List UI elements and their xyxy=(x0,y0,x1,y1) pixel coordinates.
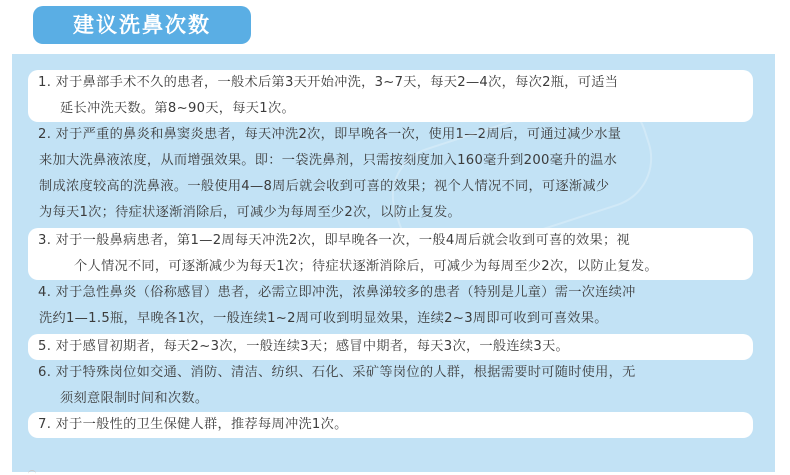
list-item-6: 6. 对于特殊岗位如交通、消防、清洁、纺织、石化、采矿等岗位的人群，根据需要时可… xyxy=(28,360,753,412)
item-2-line-3: 制成浓度较高的洗鼻液。一般使用4—8周后就会收到可喜的效果；视个人情况不同，可逐… xyxy=(38,174,753,200)
list-item-1: 1. 对于鼻部手术不久的患者，一般术后第3天开始冲洗，3~7天，每天2—4次，每… xyxy=(28,70,753,122)
list-item-5: 5. 对于感冒初期者，每天2~3次，一般连续3天；感冒中期者，每天3次，一般连续… xyxy=(28,334,753,360)
list-item-2: 2. 对于严重的鼻炎和鼻窦炎患者，每天冲洗2次，即早晚各一次，使用1—2周后，可… xyxy=(28,122,753,226)
list-item-7: 7. 对于一般性的卫生保健人群，推荐每周冲洗1次。 xyxy=(28,412,753,438)
item-4-line-1: 4. 对于急性鼻炎（俗称感冒）患者，必需立即冲洗，浓鼻涕较多的患者（特别是儿童）… xyxy=(38,280,753,306)
item-6-line-1: 6. 对于特殊岗位如交通、消防、清洁、纺织、石化、采矿等岗位的人群，根据需要时可… xyxy=(38,360,753,386)
item-2-line-4: 为每天1次；待症状逐渐消除后，可减少为每周至少2次，以防止复发。 xyxy=(38,200,753,226)
item-1-line-1: 1. 对于鼻部手术不久的患者，一般术后第3天开始冲洗，3~7天，每天2—4次，每… xyxy=(38,70,753,96)
item-1-line-2: 延长冲洗天数。第8~90天，每天1次。 xyxy=(38,96,753,122)
item-3-line-1: 3. 对于一般鼻病患者，第1—2周每天冲洗2次，即早晚各一次，一般4周后就会收到… xyxy=(38,228,753,254)
item-5-line-1: 5. 对于感冒初期者，每天2~3次，一般连续3天；感冒中期者，每天3次，一般连续… xyxy=(38,334,753,360)
decorative-mark xyxy=(28,470,36,475)
list-item-3: 3. 对于一般鼻病患者，第1—2周每天冲洗2次，即早晚各一次，一般4周后就会收到… xyxy=(28,228,753,280)
item-2-line-2: 来加大洗鼻液浓度，从而增强效果。即：一袋洗鼻剂，只需按刻度加入160毫升到200… xyxy=(38,148,753,174)
item-7-line-1: 7. 对于一般性的卫生保健人群，推荐每周冲洗1次。 xyxy=(38,412,753,438)
section-title: 建议洗鼻次数 xyxy=(33,6,251,44)
list-item-4: 4. 对于急性鼻炎（俗称感冒）患者，必需立即冲洗，浓鼻涕较多的患者（特别是儿童）… xyxy=(28,280,753,332)
item-4-line-2: 洗约1—1.5瓶，早晚各1次，一般连续1~2周可收到明显效果，连续2~3周即可收… xyxy=(38,306,753,332)
item-3-line-2: 个人情况不同，可逐渐减少为每天1次；待症状逐渐消除后，可减少为每周至少2次，以防… xyxy=(38,254,753,280)
item-2-line-1: 2. 对于严重的鼻炎和鼻窦炎患者，每天冲洗2次，即早晚各一次，使用1—2周后，可… xyxy=(38,122,753,148)
item-6-line-2: 须刻意限制时间和次数。 xyxy=(38,386,753,412)
